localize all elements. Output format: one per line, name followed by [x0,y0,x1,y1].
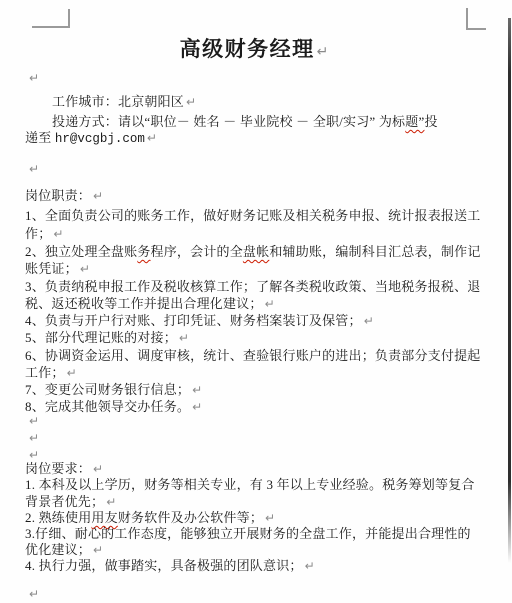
item-text: 优化建议； [25,542,91,557]
requirement-item-2: 2. 熟练使用用友财务软件及办公软件等；↵ [25,510,495,526]
paragraph-mark: ↵ [78,262,90,276]
paragraph-mark: ↵ [184,95,196,109]
item-text: 3.仔细、耐心的工作态度，能够独立开展财务的全盘工作，并能提出合理性的 [25,526,471,541]
crop-mark-top-left [32,9,70,28]
empty-paragraph: ↵ [27,70,497,86]
misspelled-text: 用友 [91,510,117,525]
paragraph-mark: ↵ [27,431,39,445]
requirement-item-1-line-2: 背景者优先；↵ [25,494,495,510]
item-text: 和辅助账，编制科目汇总表，制作记 [269,244,480,259]
section-heading-text: 岗位要求： [25,461,91,476]
paragraph-mark: ↵ [91,189,103,203]
responsibility-item-4: 4、负责与开户行对账、打印凭证、财务档案装订及保管；↵ [25,313,495,329]
section-heading-text: 岗位职责： [25,188,91,203]
item-text: 3、负责纳税申报工作及税收核算工作；了解各类税收政策、当地税务报税、退 [25,279,481,294]
apply-method-text: 递至 [25,130,55,145]
responsibility-item-3-line-1: 3、负责纳税申报工作及税收核算工作；了解各类税收政策、当地税务报税、退 [25,279,495,294]
item-text: 6、协调资金运用、调度审核，统计、查验银行账户的进出；负责部分支付提起 [25,348,481,363]
item-text: 程序，会计的全 [151,244,243,259]
misspelled-text: 盘帐 [243,244,269,259]
responsibility-item-2-line-2: 账凭证；↵ [25,261,495,277]
responsibility-item-7: 7、变更公司财务银行信息；↵ [25,382,495,398]
item-text: 工作； [25,365,65,380]
misspelled-text: 务 [137,244,150,259]
paragraph-mark: ↵ [145,131,157,145]
paragraph-mark: ↵ [303,559,315,573]
responsibility-item-6-line-2: 工作；↵ [25,365,495,381]
page-edge-line [508,18,511,563]
requirements-heading: 岗位要求：↵ [25,461,495,477]
work-city-line: 工作城市：北京朝阳区↵ [52,94,495,110]
item-text: 财务软件及办公软件等； [118,510,263,525]
paragraph-mark: ↵ [27,414,39,428]
empty-paragraph: ↵ [27,161,497,177]
requirement-item-1-line-1: 1. 本科及以上学历，财务等相关专业，有 3 年以上专业经验。税务筹划等复合 [25,477,495,492]
paragraph-mark: ↵ [91,462,103,476]
job-title-text: 高级财务经理 [180,38,315,61]
paragraph-mark: ↵ [190,383,202,397]
requirement-item-4: 4. 执行力强，做事踏实，具备极强的团队意识；↵ [25,558,495,574]
responsibility-item-3-line-2: 税、返还税收等工作并提出合理化建议；↵ [25,296,495,312]
paragraph-mark: ↵ [315,44,329,60]
paragraph-mark: ↵ [263,297,275,311]
document-page: 高级财务经理↵ ↵ 工作城市：北京朝阳区↵ 投递方式：请以“职位－ 姓名 － 毕… [0,0,512,603]
job-title: 高级财务经理↵ [25,33,483,63]
responsibility-item-2-line-1: 2、独立处理全盘账务程序，会计的全盘帐和辅助账，编制科目汇总表，制作记 [25,244,495,259]
item-text: 税、返还税收等工作并提出合理化建议； [25,296,263,311]
apply-method-text: 投递方式：请以“职位－ 姓名 － 毕业院校 － 全职/实习” 为标 [52,114,405,129]
crop-mark-top-right [466,8,486,30]
item-text: 7、变更公司财务银行信息； [25,382,190,397]
requirement-item-3-line-2: 优化建议；↵ [25,542,495,558]
paragraph-mark: ↵ [27,587,39,601]
responsibility-item-1-line-2: 作；↵ [25,226,495,242]
email-address: hr@vcgbj.com [55,132,145,146]
paragraph-mark: ↵ [91,543,103,557]
responsibility-item-1-line-1: 1、全面负责公司的账务工作，做好财务记账及相关税务申报、统计报表报送工 [25,208,495,223]
paragraph-mark: ↵ [27,71,39,85]
paragraph-mark: ↵ [177,331,189,345]
paragraph-mark: ↵ [104,495,116,509]
paragraph-mark: ↵ [190,400,202,414]
paragraph-mark: ↵ [51,227,63,241]
item-text: 4. 执行力强，做事踏实，具备极强的团队意识； [25,558,303,573]
apply-method-line-2: 递至 hr@vcgbj.com↵ [25,130,495,147]
empty-paragraph: ↵ [27,586,497,602]
paragraph-mark: ↵ [27,162,39,176]
empty-paragraph: ↵ [27,430,497,446]
apply-method-line-1: 投递方式：请以“职位－ 姓名 － 毕业院校 － 全职/实习” 为标题”投 [52,114,495,129]
empty-paragraph: ↵ [27,413,497,429]
misspelled-text: 题” [405,114,424,129]
paragraph-mark: ↵ [27,448,39,462]
item-text: 4、负责与开户行对账、打印凭证、财务档案装订及保管； [25,313,362,328]
responsibilities-heading: 岗位职责：↵ [25,188,495,204]
requirement-item-3-line-1: 3.仔细、耐心的工作态度，能够独立开展财务的全盘工作，并能提出合理性的 [25,526,495,541]
item-text: 作； [25,226,51,241]
paragraph-mark: ↵ [65,366,77,380]
item-text: 1、全面负责公司的账务工作，做好财务记账及相关税务申报、统计报表报送工 [25,208,481,223]
responsibility-item-5: 5、部分代理记账的对接；↵ [25,330,495,346]
work-city-text: 工作城市：北京朝阳区 [52,94,184,109]
responsibility-item-6-line-1: 6、协调资金运用、调度审核，统计、查验银行账户的进出；负责部分支付提起 [25,348,495,363]
item-text: 2、独立处理全盘账 [25,244,137,259]
item-text: 1. 本科及以上学历，财务等相关专业，有 3 年以上专业经验。税务筹划等复合 [25,477,475,492]
paragraph-mark: ↵ [263,511,275,525]
apply-method-text: 投 [424,114,437,129]
item-text: 2. 熟练使用 [25,510,91,525]
item-text: 8、完成其他领导交办任务。 [25,399,190,414]
item-text: 账凭证； [25,261,78,276]
paragraph-mark: ↵ [362,314,374,328]
item-text: 5、部分代理记账的对接； [25,330,177,345]
item-text: 背景者优先； [25,494,104,509]
